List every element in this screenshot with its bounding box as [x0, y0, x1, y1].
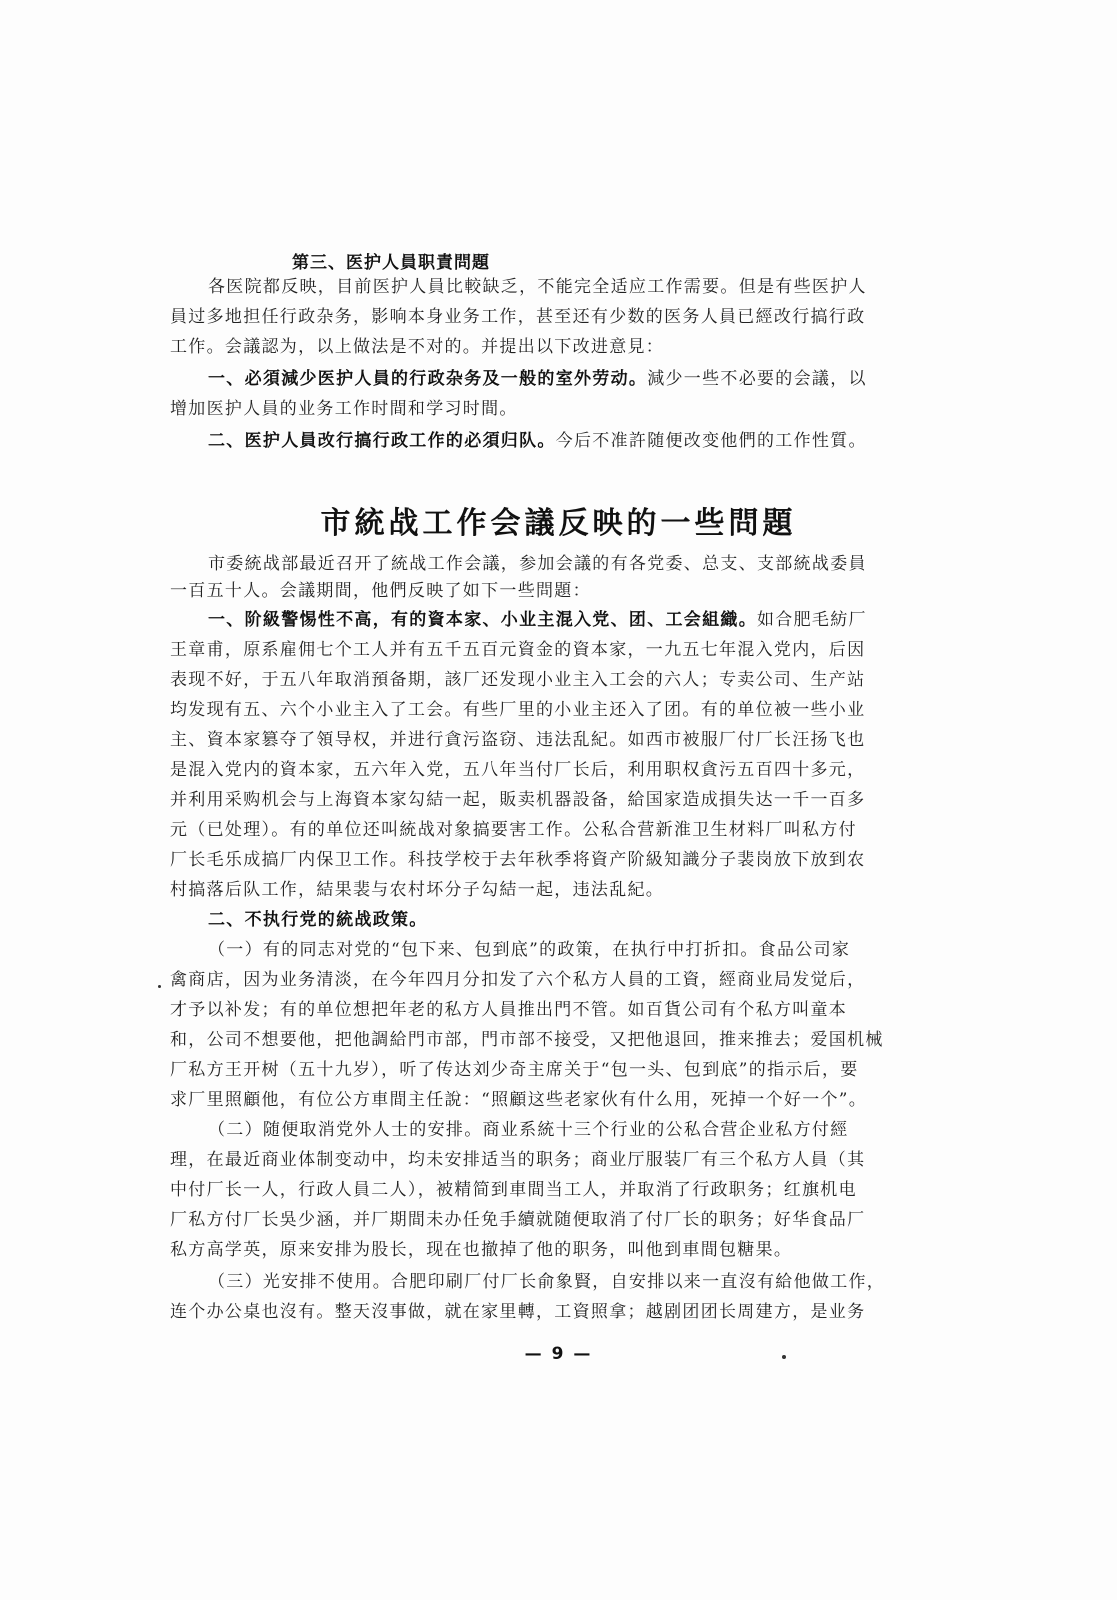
paragraph-line: 厂私方付厂长吳少涵，并厂期間未办任免手續就随便取消了付厂长的职务；好华食品厂 [170, 1209, 950, 1231]
paragraph-line: 均发现有五、六个小业主入了工会。有些厂里的小业主还入了团。有的单位被一些小业 [170, 699, 950, 721]
paragraph-line: 元（已处理）。有的单位还叫統战对象搞要害工作。公私合营新淮卫生材料厂叫私方付 [170, 819, 950, 841]
issue-1-text: 如合肥毛紡厂 [757, 610, 867, 630]
scan-speck [158, 985, 161, 988]
paragraph-line: 是混入党内的資本家，五六年入党，五八年当付厂长后，利用职权貪污五百四十多元， [170, 759, 950, 781]
paragraph-line: 才予以补发；有的单位想把年老的私方人員推出門不管。如百貨公司有个私方叫童本 [170, 999, 950, 1021]
paragraph-line: （三）光安排不使用。合肥印刷厂付厂长俞象賢，自安排以来一直沒有給他做工作， [208, 1271, 950, 1293]
paragraph-line: 厂私方王开树（五十九岁），听了传达刘少奇主席关于“包一头、包到底”的指示后，要 [170, 1059, 950, 1081]
paragraph-line: 禽商店，因为业务清淡，在今年四月分扣发了六个私方人員的工資，經商业局发觉后， [170, 969, 950, 991]
paragraph-line: 连个办公桌也沒有。整天沒事做，就在家里轉，工資照拿；越剧团团长周建方，是业务 [170, 1301, 950, 1323]
paragraph-line: （二）随便取消党外人士的安排。商业系統十三个行业的公私合营企业私方付經 [208, 1119, 950, 1141]
paragraph-line: 主、資本家篡夺了領导权，并进行貪污盗窃、违法乱紀。如西市被服厂付厂长汪扬飞也 [170, 729, 950, 751]
point-1-text: 減少一些不必要的会議，以 [647, 369, 867, 389]
paragraph-line: 理，在最近商业体制变动中，均未安排适当的职务；商业厅服装厂有三个私方人員（其 [170, 1149, 950, 1171]
paragraph-line: 求厂里照顧他，有位公方車間主任說：“照顧这些老家伙有什么用，死掉一个好一个”。 [170, 1089, 950, 1111]
point-2: 二、医护人員改行搞行政工作的必須归队。今后不准許随便改变他們的工作性質。 [208, 430, 950, 452]
paragraph-line: 王章甫，原系雇佣七个工人并有五千五百元資金的資本家，一九五七年混入党内，后因 [170, 639, 950, 661]
issue-2-heading: 二、不执行党的統战政策。 [208, 909, 950, 931]
point-2-text: 今后不准許随便改变他們的工作性質。 [556, 431, 867, 451]
paragraph-line: 表现不好，于五八年取消預备期，該厂还发现小业主入工会的六人；专卖公司、生产站 [170, 669, 950, 691]
issue-1-heading: 一、阶級警惕性不高，有的資本家、小业主混入党、团、工会組織。 [208, 610, 757, 630]
paragraph-line: 中付厂长一人，行政人員二人），被精简到車間当工人，并取消了行政职务；红旗机电 [170, 1179, 950, 1201]
point-1-heading: 一、必須減少医护人員的行政杂务及一般的室外劳动。 [208, 369, 647, 389]
scan-speck [782, 1355, 786, 1359]
point-2-heading: 二、医护人員改行搞行政工作的必須归队。 [208, 431, 556, 451]
section-heading: 第三、医护人員职責問題 [292, 248, 490, 273]
intro-line: 市委統战部最近召开了統战工作会議，参加会議的有各党委、总支、支部統战委員 [208, 553, 950, 575]
intro-line: 一百五十人。会議期間，他們反映了如下一些問題： [170, 580, 950, 602]
paragraph-line: 員过多地担任行政杂务，影响本身业务工作，甚至还有少数的医务人員已經改行搞行政 [170, 306, 950, 328]
paragraph-line: 工作。会議認为，以上做法是不对的。并提出以下改进意見： [170, 336, 950, 358]
article-title: 市統战工作会議反映的一些問題 [0, 498, 1117, 542]
paragraph-line: 村搞落后队工作，結果裴与农村坏分子勾結一起，违法乱紀。 [170, 879, 950, 901]
issue-1: 一、阶級警惕性不高，有的資本家、小业主混入党、团、工会組織。如合肥毛紡厂 [208, 609, 950, 631]
paragraph-line: 厂长毛乐成搞厂内保卫工作。科技学校于去年秋季将資产阶級知識分子裴岗放下放到农 [170, 849, 950, 871]
paragraph-line: 和，公司不想要他，把他調給門市部，門市部不接受，又把他退回，推来推去；爱国机械 [170, 1029, 950, 1051]
paragraph-line: （一）有的同志对党的“包下来、包到底”的政策，在执行中打折扣。食品公司家 [208, 939, 950, 961]
page-number: — 9 — [0, 1344, 1117, 1364]
paragraph-line: 并利用采购机会与上海資本家勾結一起，販卖机器設备，給国家造成損失达一千一百多 [170, 789, 950, 811]
paragraph-line: 各医院都反映，目前医护人員比較缺乏，不能完全适应工作需要。但是有些医护人 [208, 276, 950, 298]
paragraph-line: 私方高学英，原来安排为股长，现在也撤掉了他的职务，叫他到車間包糖果。 [170, 1239, 950, 1261]
paragraph-line: 增加医护人員的业务工作时間和学习时間。 [170, 398, 950, 420]
document-page: 第三、医护人員职責問題 各医院都反映，目前医护人員比較缺乏，不能完全适应工作需要… [0, 0, 1117, 1600]
point-1: 一、必須減少医护人員的行政杂务及一般的室外劳动。減少一些不必要的会議，以 [208, 368, 950, 390]
